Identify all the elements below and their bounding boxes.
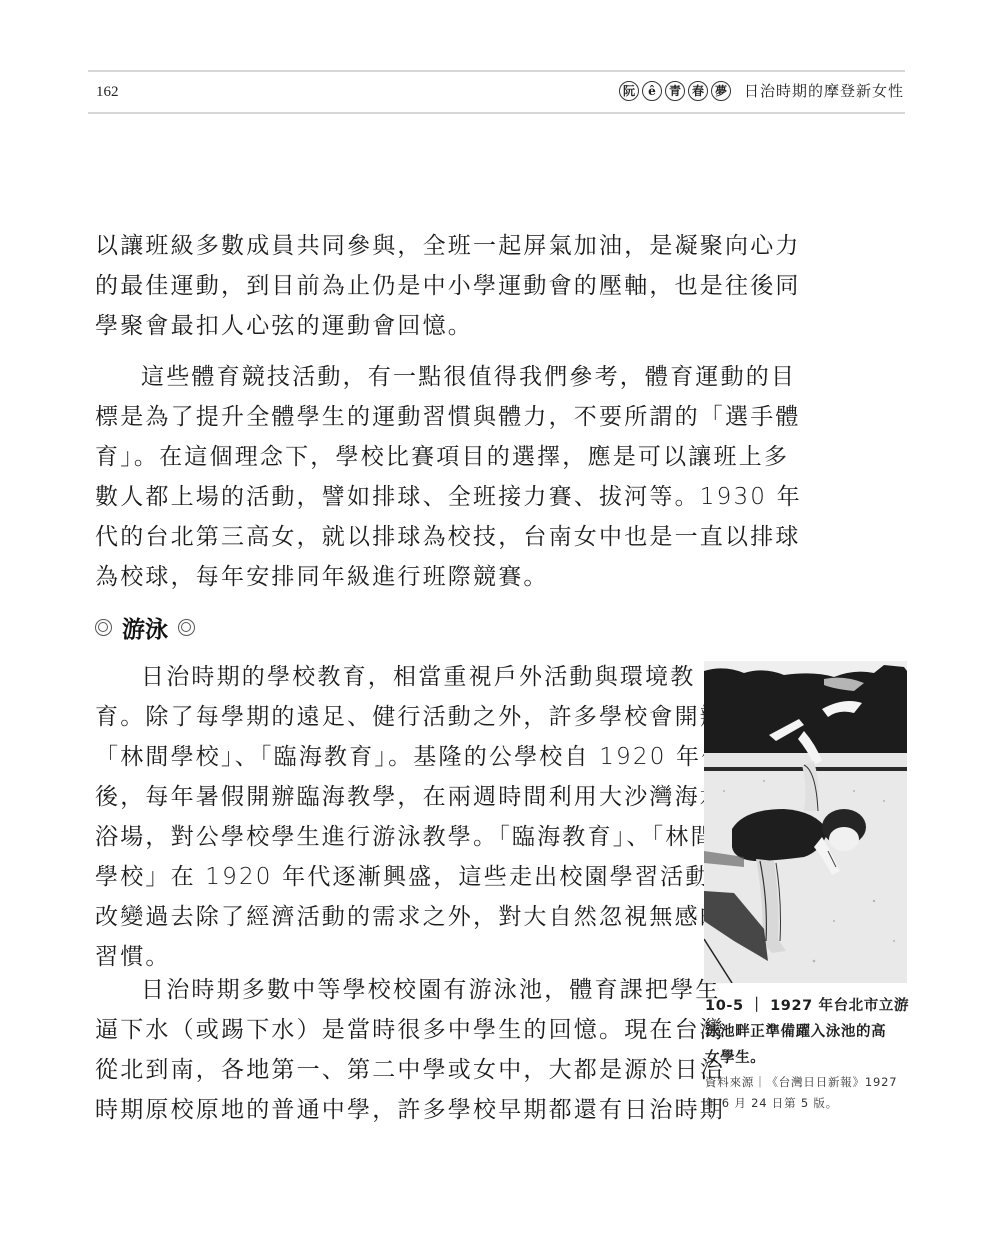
book-subtitle: 日治時期的摩登新女性 bbox=[744, 80, 904, 101]
book-title-char: ê bbox=[642, 81, 662, 101]
caption-line: 10-5 ｜ 1927 年台北市立游 bbox=[705, 993, 915, 1019]
figure-photo bbox=[704, 661, 907, 983]
book-title-char: 阮 bbox=[619, 81, 639, 101]
source-line: 年 6 月 24 日第 5 版。 bbox=[705, 1093, 920, 1114]
text-line: 以讓班級多數成員共同參與，全班一起屏氣加油，是凝聚向心力 bbox=[95, 231, 727, 261]
text-line: 的最佳運動，到目前為止仍是中小學運動會的壓軸，也是往後同 bbox=[95, 271, 727, 301]
text-line: 為校球，每年安排同年級進行班際競賽。 bbox=[95, 562, 727, 592]
text-line: 代的台北第三高女，就以排球為校技，台南女中也是一直以排球 bbox=[95, 522, 727, 552]
text-line: 日治時期的學校教育，相當重視戶外活動與環境教 bbox=[95, 662, 662, 692]
text-line: 學校」在 1920 年代逐漸興盛，這些走出校園學習活動， bbox=[95, 862, 662, 892]
text-line: 習慣。 bbox=[95, 942, 662, 972]
text-line: 數人都上場的活動，譬如排球、全班接力賽、拔河等。1930 年 bbox=[95, 482, 727, 512]
book-title-char: 春 bbox=[688, 81, 708, 101]
text-line: 改變過去除了經濟活動的需求之外，對大自然忽視無感的 bbox=[95, 902, 662, 932]
caption-line: 泳池畔正準備躍入泳池的高 bbox=[705, 1019, 915, 1045]
text-line: 從北到南，各地第一、第二中學或女中，大都是源於日治 bbox=[95, 1055, 662, 1085]
text-line: 育。除了每學期的遠足、健行活動之外，許多學校會開辦 bbox=[95, 702, 662, 732]
text-line: 學聚會最扣人心弦的運動會回憶。 bbox=[95, 311, 727, 341]
source-line: 資料來源｜《台灣日日新報》1927 bbox=[705, 1072, 920, 1093]
swimmer-photo-image bbox=[704, 661, 907, 983]
figure-caption: 10-5 ｜ 1927 年台北市立游 泳池畔正準備躍入泳池的高 女學生。 bbox=[705, 993, 915, 1071]
text-line: 浴場，對公學校學生進行游泳教學。「臨海教育」、「林間 bbox=[95, 822, 662, 852]
header-rule-bottom bbox=[88, 112, 905, 114]
text-line: 「林間學校」、「臨海教育」。基隆的公學校自 1920 年代以 bbox=[95, 742, 662, 772]
text-line: 這些體育競技活動，有一點很值得我們參考，體育運動的目 bbox=[95, 362, 727, 392]
book-title-char: 青 bbox=[665, 81, 685, 101]
section-heading: 游泳 bbox=[95, 611, 195, 644]
section-title: 游泳 bbox=[122, 611, 168, 644]
figure-source: 資料來源｜《台灣日日新報》1927 年 6 月 24 日第 5 版。 bbox=[705, 1072, 920, 1114]
text-line: 育」。在這個理念下，學校比賽項目的選擇，應是可以讓班上多 bbox=[95, 442, 727, 472]
text-line: 標是為了提升全體學生的運動習慣與體力，不要所謂的「選手體 bbox=[95, 402, 727, 432]
double-circle-icon bbox=[178, 619, 195, 636]
caption-line: 女學生。 bbox=[705, 1045, 915, 1071]
page-number: 162 bbox=[96, 84, 119, 101]
text-line: 後，每年暑假開辦臨海教學，在兩週時間利用大沙灣海水 bbox=[95, 782, 662, 812]
text-line: 逼下水（或踢下水）是當時很多中學生的回憶。現在台灣 bbox=[95, 1015, 662, 1045]
double-circle-icon bbox=[95, 619, 112, 636]
text-line: 時期原校原地的普通中學，許多學校早期都還有日治時期 bbox=[95, 1095, 662, 1125]
header-rule-top bbox=[88, 70, 905, 72]
text-line: 日治時期多數中等學校校園有游泳池，體育課把學生 bbox=[95, 975, 662, 1005]
running-head: 阮 ê 青 春 夢 日治時期的摩登新女性 bbox=[619, 80, 904, 101]
book-title-char: 夢 bbox=[711, 81, 731, 101]
